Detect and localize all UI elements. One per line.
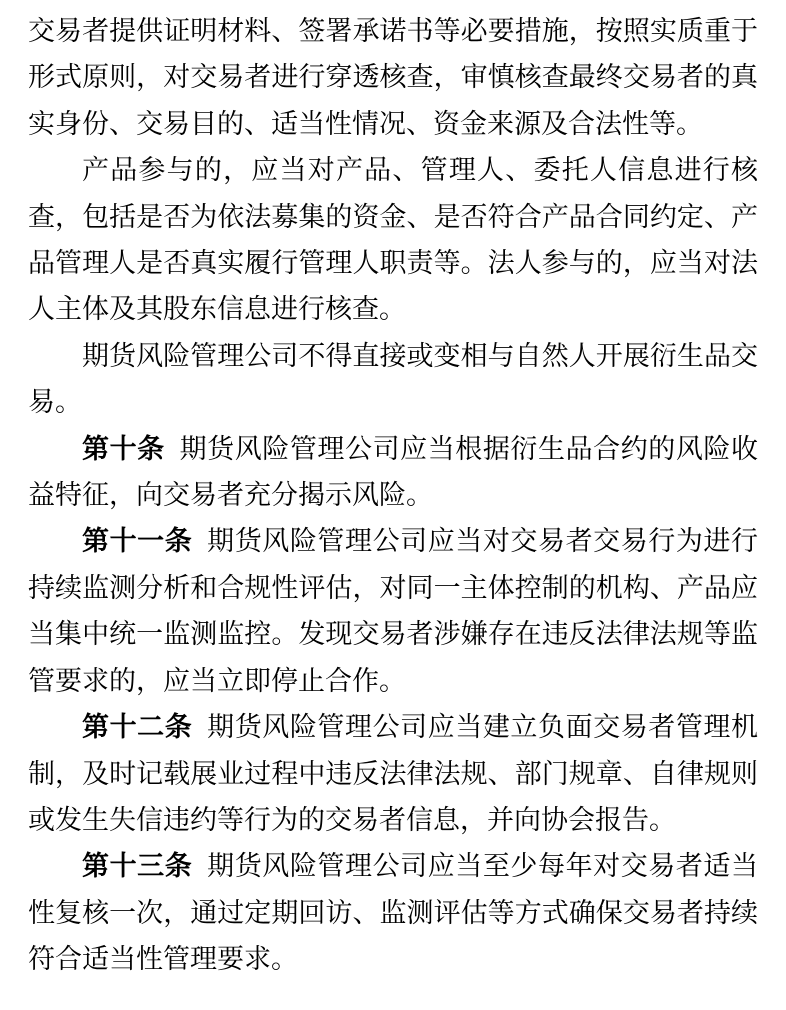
paragraph: 第十三条期货风险管理公司应当至少每年对交易者适当性复核一次，通过定期回访、监测评… bbox=[28, 843, 758, 982]
article-number: 第十一条 bbox=[82, 526, 192, 556]
article-number: 第十三条 bbox=[82, 851, 192, 881]
paragraph: 第十条期货风险管理公司应当根据衍生品合约的风险收益特征，向交易者充分揭示风险。 bbox=[28, 426, 758, 519]
article-number: 第十条 bbox=[82, 434, 165, 464]
document-page: 交易者提供证明材料、签署承诺书等必要措施，按照实质重于形式原则，对交易者进行穿透… bbox=[0, 0, 786, 1010]
paragraph: 交易者提供证明材料、签署承诺书等必要措施，按照实质重于形式原则，对交易者进行穿透… bbox=[28, 8, 758, 147]
paragraph: 第十二条期货风险管理公司应当建立负面交易者管理机制，及时记载展业过程中违反法律法… bbox=[28, 704, 758, 843]
paragraph: 产品参与的，应当对产品、管理人、委托人信息进行核查，包括是否为依法募集的资金、是… bbox=[28, 147, 758, 333]
paragraph: 期货风险管理公司不得直接或变相与自然人开展衍生品交易。 bbox=[28, 333, 758, 426]
document-body: 交易者提供证明材料、签署承诺书等必要措施，按照实质重于形式原则，对交易者进行穿透… bbox=[28, 0, 758, 983]
article-number: 第十二条 bbox=[82, 712, 192, 742]
paragraph: 第十一条期货风险管理公司应当对交易者交易行为进行持续监测分析和合规性评估，对同一… bbox=[28, 518, 758, 704]
